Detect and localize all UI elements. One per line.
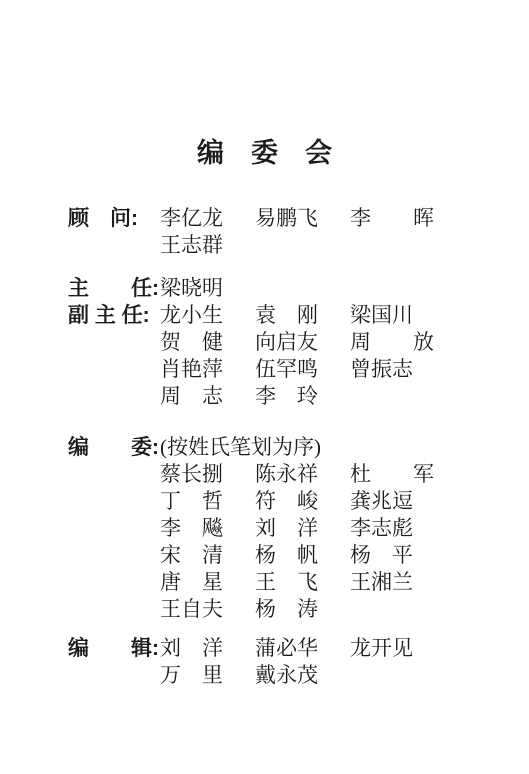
person-name: 李亿龙 [160,205,255,232]
person-name: 肖艳萍 [160,356,255,383]
person-name: 刘 洋 [255,515,350,542]
person-name: 龚兆逗 [350,488,413,515]
person-name: 杜 军 [350,461,434,488]
person-name: 曾振志 [350,356,413,383]
name-row: 宋 清杨 帆杨 平 [160,542,529,569]
name-row: 刘 洋蒲必华龙开见 [160,635,529,662]
section-label: 顾 问: [68,205,160,232]
section-names: 龙小生袁 刚梁国川贺 健向启友周 放肖艳萍伍罕鸣曾振志周 志李 玲 [160,302,529,410]
person-name: 易鹏飞 [255,205,350,232]
person-name: 梁国川 [350,302,413,329]
person-name: 梁晓明 [160,275,223,302]
person-name: 周 志 [160,383,255,410]
committee-section: 主 任:梁晓明 [68,275,529,302]
person-name: 李志彪 [350,515,413,542]
person-name: 蒲必华 [255,635,350,662]
person-name: 蔡长捌 [160,461,255,488]
name-row: 周 志李 玲 [160,383,529,410]
person-name: 王 飞 [255,569,350,596]
name-row: 丁 哲符 峻龚兆逗 [160,488,529,515]
person-name: 周 放 [350,329,434,356]
section-label: 编 委: [68,434,160,461]
person-name: 宋 清 [160,542,255,569]
name-row: 唐 星王 飞王湘兰 [160,569,529,596]
committee-section: 副 主 任:龙小生袁 刚梁国川贺 健向启友周 放肖艳萍伍罕鸣曾振志周 志李 玲 [68,302,529,410]
person-name: 王湘兰 [350,569,413,596]
person-name: 伍罕鸣 [255,356,350,383]
person-name: 袁 刚 [255,302,350,329]
section-label: 编 辑: [68,635,160,662]
person-name: 陈永祥 [255,461,350,488]
committee-section: 编 委:(按姓氏笔划为序)蔡长捌陈永祥杜 军丁 哲符 峻龚兆逗李 飚刘 洋李志彪… [68,434,529,623]
section-names: 李亿龙易鹏飞李 晖王志群 [160,205,529,259]
committee-section: 顾 问:李亿龙易鹏飞李 晖王志群 [68,205,529,259]
committee-section: 编 辑:刘 洋蒲必华龙开见万 里戴永茂 [68,635,529,689]
name-row: 王志群 [160,232,529,259]
section-names: 刘 洋蒲必华龙开见万 里戴永茂 [160,635,529,689]
committee-list: 顾 问:李亿龙易鹏飞李 晖王志群主 任:梁晓明副 主 任:龙小生袁 刚梁国川贺 … [0,167,529,689]
person-name: 向启友 [255,329,350,356]
sort-note: (按姓氏笔划为序) [160,434,529,461]
person-name: 龙小生 [160,302,255,329]
page-title: 编 委 会 [0,0,529,167]
name-row: 万 里戴永茂 [160,662,529,689]
person-name: 杨 平 [350,542,413,569]
section-label: 副 主 任: [68,302,160,329]
person-name: 龙开见 [350,635,413,662]
name-row: 贺 健向启友周 放 [160,329,529,356]
name-row: 李 飚刘 洋李志彪 [160,515,529,542]
book-page: 编 委 会 顾 问:李亿龙易鹏飞李 晖王志群主 任:梁晓明副 主 任:龙小生袁 … [0,0,529,774]
section-names: 梁晓明 [160,275,529,302]
name-row: 龙小生袁 刚梁国川 [160,302,529,329]
name-row: 梁晓明 [160,275,529,302]
name-row: 肖艳萍伍罕鸣曾振志 [160,356,529,383]
section-names: (按姓氏笔划为序)蔡长捌陈永祥杜 军丁 哲符 峻龚兆逗李 飚刘 洋李志彪宋 清杨… [160,434,529,623]
person-name: 贺 健 [160,329,255,356]
section-label: 主 任: [68,275,160,302]
person-name: 李 飚 [160,515,255,542]
name-row: 蔡长捌陈永祥杜 军 [160,461,529,488]
person-name: 王志群 [160,232,223,259]
name-row: 李亿龙易鹏飞李 晖 [160,205,529,232]
name-row: 王自夫杨 涛 [160,596,529,623]
person-name: 刘 洋 [160,635,255,662]
person-name: 戴永茂 [255,662,318,689]
person-name: 万 里 [160,662,255,689]
person-name: 杨 涛 [255,596,318,623]
person-name: 杨 帆 [255,542,350,569]
person-name: 唐 星 [160,569,255,596]
person-name: 符 峻 [255,488,350,515]
person-name: 李 玲 [255,383,318,410]
person-name: 丁 哲 [160,488,255,515]
person-name: 李 晖 [350,205,434,232]
person-name: 王自夫 [160,596,255,623]
